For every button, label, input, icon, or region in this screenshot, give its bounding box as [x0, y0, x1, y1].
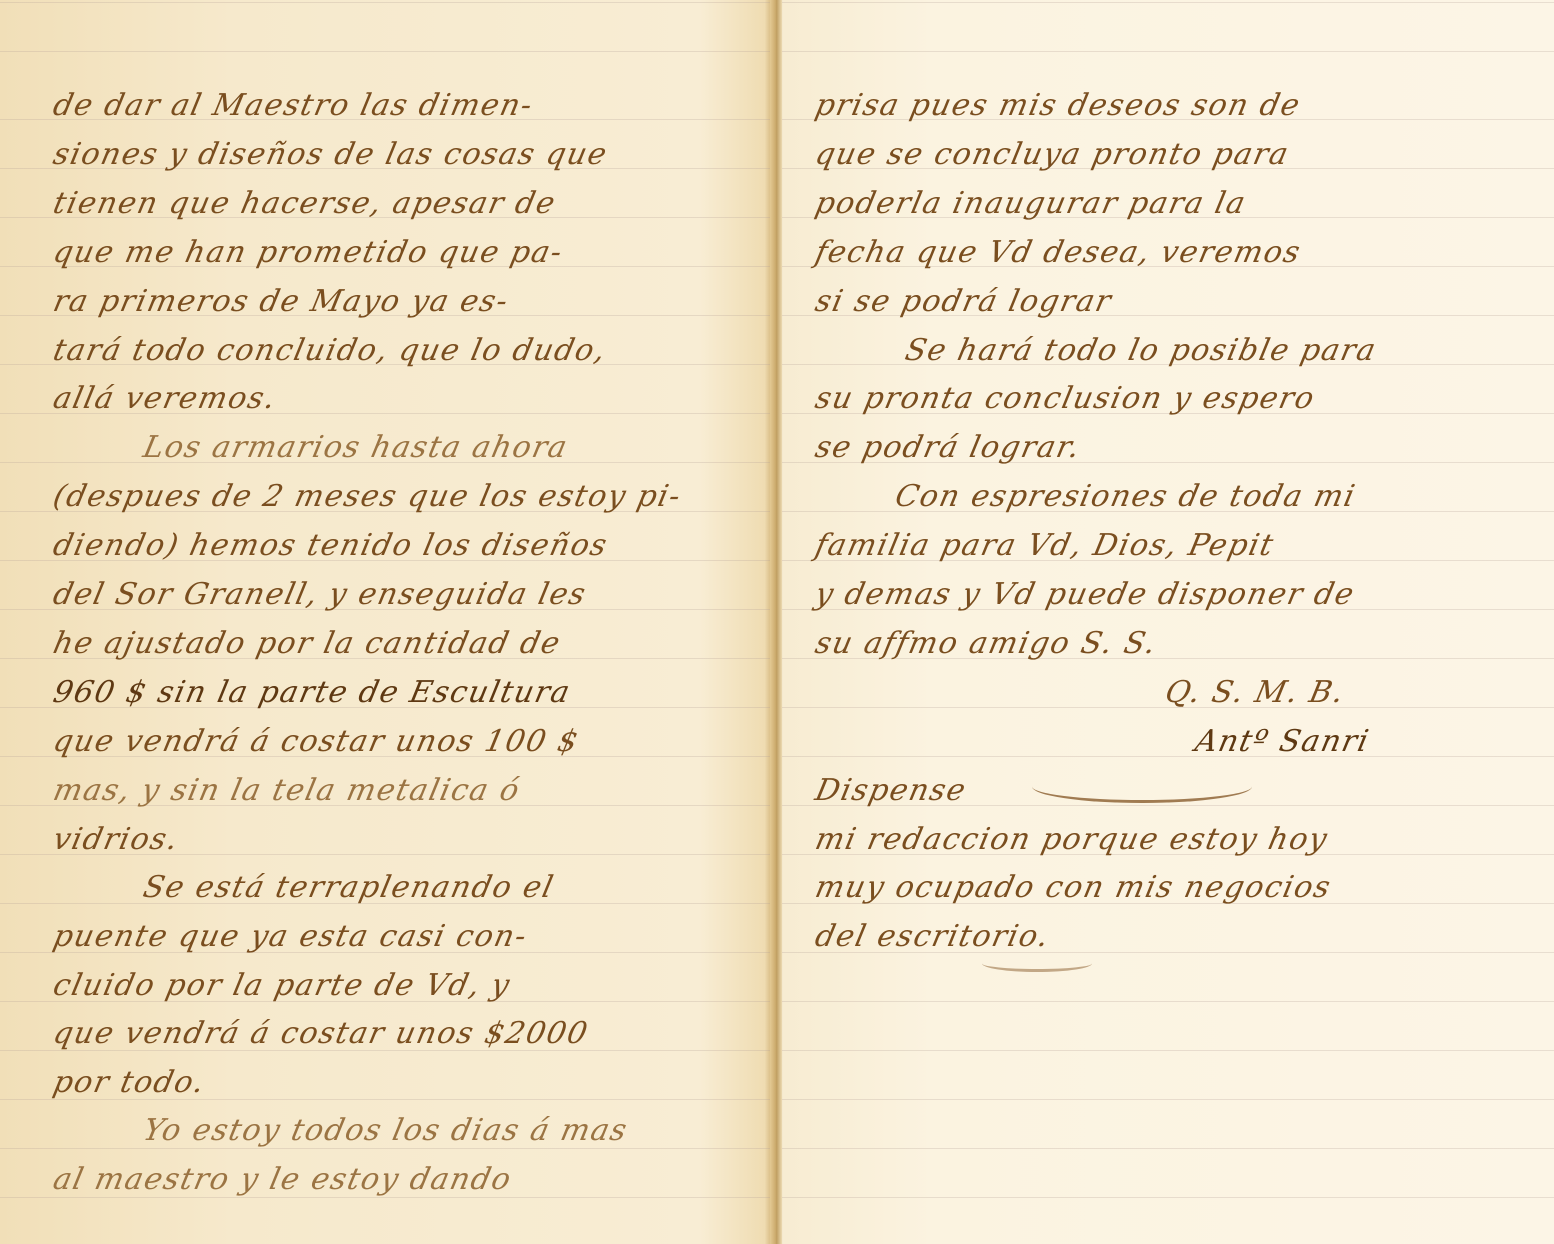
closing-flourish — [982, 955, 1092, 972]
closing-formula: Q. S. M. B. — [1162, 675, 1348, 710]
left-line-10: diendo) hemos tenido los diseños — [50, 528, 611, 563]
postscript-line-3: muy ocupado con mis negocios — [812, 870, 1335, 905]
left-line-20: que vendrá á costar unos $2000 — [50, 1016, 592, 1051]
left-line-12: he ajustado por la cantidad de — [50, 626, 564, 661]
right-line-8: se podrá lograr. — [812, 430, 1084, 465]
left-line-18: puente que ya esta casi con- — [50, 919, 531, 954]
left-line-6: tará todo concluido, que lo dudo, — [50, 333, 610, 368]
left-line-4: que me han prometido que pa- — [50, 235, 566, 270]
right-line-1: prisa pues mis deseos son de — [812, 88, 1304, 123]
right-line-12: su affmo amigo S. S. — [812, 626, 1160, 661]
right-line-6: Se hará todo lo posible para — [902, 333, 1380, 368]
letter-spread: de dar al Maestro las dimen- siones y di… — [0, 0, 1554, 1244]
right-line-10: familia para Vd, Dios, Pepit — [812, 528, 1278, 563]
right-line-11: y demas y Vd puede disponer de — [812, 577, 1358, 612]
left-line-11: del Sor Granell, y enseguida les — [50, 577, 590, 612]
left-page: de dar al Maestro las dimen- siones y di… — [0, 0, 770, 1244]
left-line-7: allá veremos. — [50, 381, 280, 416]
left-line-8: Los armarios hasta ahora — [140, 430, 571, 465]
right-line-4: fecha que Vd desea, veremos — [812, 235, 1304, 270]
right-line-3: poderla inaugurar para la — [812, 186, 1250, 221]
left-line-1: de dar al Maestro las dimen- — [50, 88, 537, 123]
left-line-22: Yo estoy todos los dias á mas — [140, 1113, 631, 1148]
left-line-5: ra primeros de Mayo ya es- — [50, 284, 512, 319]
left-line-14: que vendrá á costar unos 100 $ — [50, 724, 582, 759]
right-line-2: que se concluya pronto para — [812, 137, 1293, 172]
postscript-line-2: mi redaccion porque estoy hoy — [812, 822, 1331, 857]
left-line-21: por todo. — [50, 1065, 208, 1100]
left-line-13: 960 $ sin la parte de Escultura — [50, 675, 574, 710]
right-line-9: Con espresiones de toda mi — [892, 479, 1359, 514]
right-page: prisa pues mis deseos son de que se conc… — [782, 0, 1554, 1244]
left-line-17: Se está terraplenando el — [140, 870, 558, 905]
signature: Antº Sanri — [1192, 724, 1373, 759]
left-line-3: tienen que hacerse, apesar de — [50, 186, 559, 221]
postscript-line-4: del escritorio. — [812, 919, 1053, 954]
left-line-9: (despues de 2 meses que los estoy pi- — [50, 479, 685, 514]
page-fold-gutter — [770, 0, 782, 1244]
left-line-16: vidrios. — [50, 822, 182, 857]
left-line-15: mas, y sin la tela metalica ó — [50, 773, 524, 808]
left-line-2: siones y diseños de las cosas que — [50, 137, 611, 172]
postscript-line-1: Dispense — [812, 773, 970, 808]
left-line-23: al maestro y le estoy dando — [50, 1162, 515, 1197]
right-line-7: su pronta conclusion y espero — [812, 381, 1318, 416]
right-line-5: si se podrá lograr — [812, 284, 1115, 319]
flourish-decoration — [1032, 770, 1252, 803]
left-line-19: cluido por la parte de Vd, y — [50, 968, 514, 1003]
